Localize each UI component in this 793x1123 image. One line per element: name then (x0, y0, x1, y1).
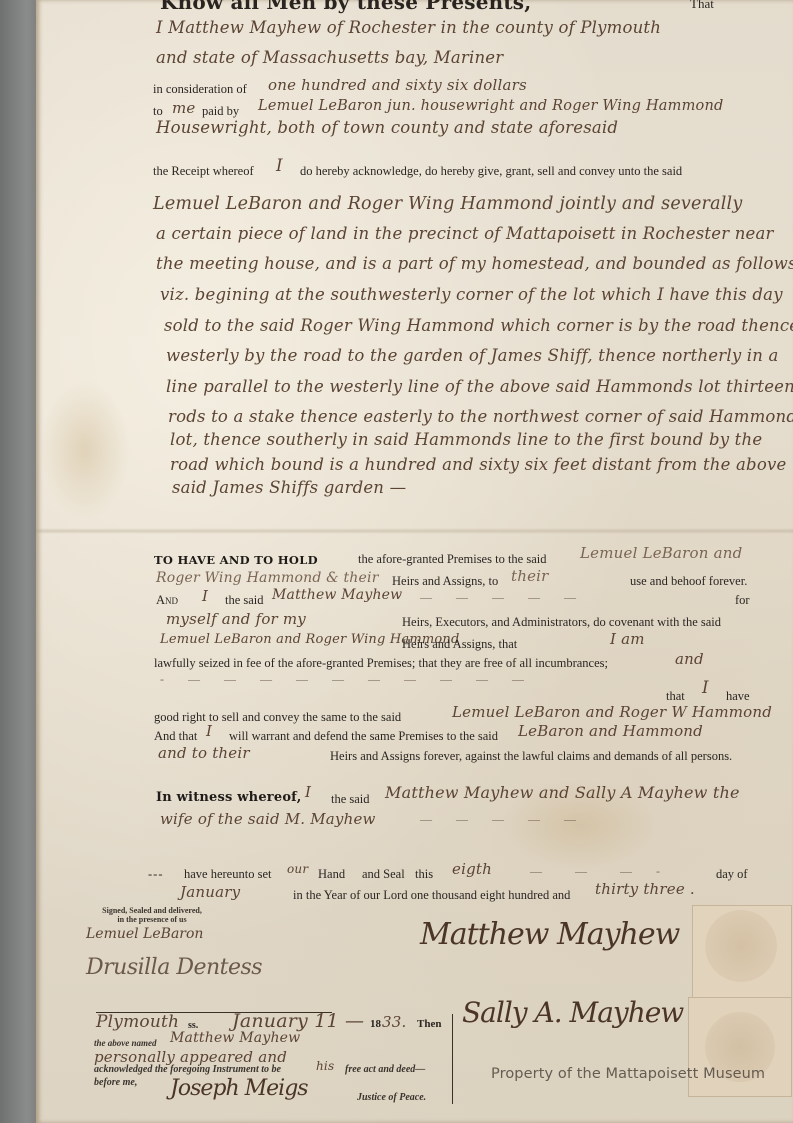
ack-above-named-fill: Matthew Mayhew (170, 1030, 300, 1046)
hereunto-text: have hereunto set (184, 867, 271, 882)
covenant-have-label: have (726, 689, 750, 704)
receipt-pronoun: I (276, 156, 283, 175)
ack-acknowledged-text: acknowledged the foregoing Instrument to… (94, 1064, 281, 1075)
grantor-line-1: I Matthew Mayhew of Rochester in the cou… (156, 18, 661, 37)
description-line: westerly by the road to the garden of Ja… (166, 346, 779, 365)
attestation-clause: Signed, Sealed and delivered, in the pre… (88, 906, 216, 924)
receipt-grant-text: do hereby acknowledge, do hereby give, g… (300, 164, 682, 179)
ack-his-fill: his (316, 1059, 334, 1073)
blank-dash: - — — — — — — — — — — (160, 672, 530, 687)
paid-by-label: paid by (202, 104, 239, 119)
testimonium-pronoun: I (305, 783, 311, 801)
testimonium-names-fill-2: wife of the said M. Mayhew (160, 810, 376, 828)
attestation-line-1: Signed, Sealed and delivered, (88, 906, 216, 915)
justice-signature: Joseph Meigs (170, 1076, 308, 1101)
attestation-line-2: in the presence of us (88, 915, 216, 924)
year-fill: thirty three . (595, 880, 695, 898)
habendum-fill-2: Roger Wing Hammond & their (156, 570, 379, 586)
habendum-fill-3: their (511, 567, 549, 585)
museum-watermark: Property of the Mattapoisett Museum (491, 1066, 765, 1082)
description-line: rods to a stake thence easterly to the n… (168, 407, 793, 426)
covenant-that-label: that (666, 689, 685, 704)
consideration-label: in consideration of (153, 82, 247, 97)
seal-impression (705, 910, 777, 982)
acknowledgment-side-rule (452, 1014, 453, 1104)
covenant-warrant-text: will warrant and defend the same Premise… (229, 729, 498, 744)
covenant-heirs-text: Heirs, Executors, and Administrators, do… (402, 615, 721, 630)
testimonium-the-said: the said (331, 792, 370, 807)
consideration-value: one hundred and sixty six dollars (268, 76, 527, 94)
covenant-assigns-text: Heirs and Assigns, that (402, 637, 517, 652)
ack-above-named-label: the above named (94, 1038, 157, 1048)
ack-free-act-text: free act and deed— (345, 1064, 425, 1075)
grantor-signature-sally: Sally A. Mayhew (462, 996, 683, 1029)
ack-then-label: Then (417, 1018, 441, 1030)
description-line: a certain piece of land in the precinct … (156, 224, 774, 243)
description-line: sold to the said Roger Wing Hammond whic… (164, 316, 793, 335)
covenant-and-that-label: And that (154, 729, 197, 744)
ack-year-printed: 18 (370, 1018, 381, 1030)
description-line: line parallel to the westerly line of th… (166, 377, 793, 396)
blank-dash: — — — - (530, 864, 666, 879)
habendum-fill-1: Lemuel LeBaron and (580, 544, 742, 562)
description-line: lot, thence southerly in said Hammonds l… (170, 430, 762, 449)
habendum-label: TO HAVE AND TO HOLD (154, 553, 318, 567)
ack-justice-label: Justice of Peace. (357, 1092, 426, 1103)
covenant-that-pronoun: I (702, 678, 709, 697)
covenant-myself-fill: myself and for my (166, 610, 306, 628)
paper-stain (40, 380, 130, 520)
day-of-label: day of (716, 867, 748, 882)
covenant-pronoun: I (202, 587, 208, 605)
witness-signature-1: Lemuel LeBaron (86, 926, 203, 942)
ack-before-me-text: before me, (94, 1077, 137, 1088)
description-line: the meeting house, and is a part of my h… (156, 254, 793, 273)
grantor-signature-matthew: Matthew Mayhew (420, 917, 679, 952)
habendum-text-1: the afore-granted Premises to the said (358, 552, 546, 567)
testimonium-names-fill-1: Matthew Mayhew and Sally A Mayhew the (385, 783, 740, 802)
blank-dash: — — — — — (420, 812, 582, 827)
month-fill: January (180, 883, 240, 901)
receipt-label: the Receipt whereof (153, 164, 254, 179)
paper-fold (36, 528, 793, 534)
this-label: this (415, 867, 433, 882)
witness-signature-2: Drusilla Dentess (86, 955, 262, 980)
covenant-warrant-pronoun: I (206, 722, 212, 740)
paid-to-label: to (153, 104, 163, 119)
paid-by-value-2: Housewright, both of town county and sta… (156, 118, 618, 137)
hand-label: Hand (318, 867, 345, 882)
covenant-forever-text: Heirs and Assigns forever, against the l… (330, 749, 732, 764)
grantees-line: Lemuel LeBaron and Roger Wing Hammond jo… (153, 194, 742, 214)
paid-to-pronoun: me (172, 99, 196, 117)
year-text: in the Year of our Lord one thousand eig… (293, 888, 570, 903)
description-line: said James Shiffs garden — (172, 478, 406, 497)
scan-background (0, 0, 38, 1123)
covenant-name-fill: Matthew Mayhew (272, 587, 402, 603)
deed-heading-suffix: That (690, 0, 714, 12)
paid-by-value-1: Lemuel LeBaron jun. housewright and Roge… (258, 98, 723, 114)
habendum-text-3: use and behoof forever. (630, 574, 747, 589)
covenant-i-am-fill: I am (610, 630, 645, 648)
grantor-line-2: and state of Massachusetts bay, Mariner (156, 48, 503, 67)
description-line: viz. begining at the southwesterly corne… (160, 285, 783, 304)
description-line: road which bound is a hundred and sixty … (170, 455, 786, 474)
day-fill: eigth (452, 860, 492, 878)
ack-date-fill: January 11 — (232, 1010, 364, 1032)
covenant-and-fill: and (675, 650, 704, 668)
covenant-warrant-fill: LeBaron and Hammond (518, 722, 703, 740)
deed-heading: Know all Men by these Presents, (160, 0, 531, 14)
covenant-the-said: the said (225, 593, 264, 608)
blank-dash: — — — — — (420, 590, 582, 605)
covenant-good-right-text: good right to sell and convey the same t… (154, 710, 401, 725)
hereunto-prefix: --- (148, 867, 164, 882)
covenant-to-their-fill: and to their (158, 744, 250, 762)
covenant-seized-text: lawfully seized in fee of the afore-gran… (154, 656, 608, 671)
habendum-text-2: Heirs and Assigns, to (392, 574, 498, 589)
ack-county-fill: Plymouth (96, 1012, 179, 1032)
testimonium-label: In witness whereof, (156, 790, 301, 805)
hereunto-our-fill: our (287, 862, 308, 876)
seal-label: and Seal (362, 867, 405, 882)
covenant-good-right-fill: Lemuel LeBaron and Roger W Hammond (452, 703, 772, 721)
covenant-and-label: And (156, 593, 178, 608)
covenant-for-label: for (735, 593, 750, 608)
ack-year-fill: 33. (382, 1013, 406, 1031)
